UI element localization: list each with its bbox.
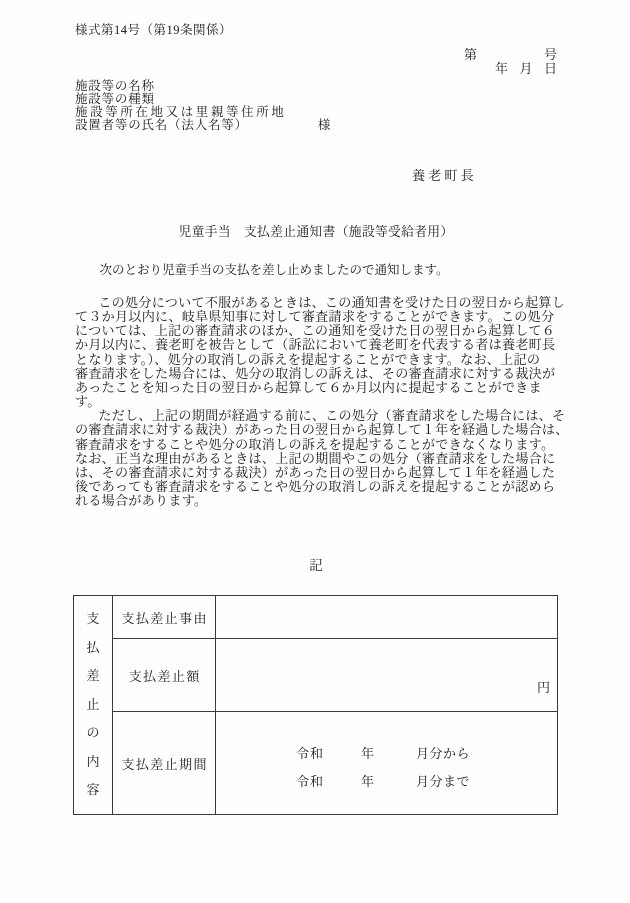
reason-value-cell xyxy=(216,596,557,639)
sender-mayor: 養老町長 xyxy=(412,165,477,184)
date-day-label: 日 xyxy=(544,58,557,77)
row-amount-label: 支払差止額 xyxy=(113,639,216,712)
amount-value-cell: 円 xyxy=(216,639,557,712)
date-month-label: 月 xyxy=(519,58,532,77)
document-page: 様式第14号（第19条関係） 第 号 年 月 日 施設等の名称 施設等の種類 施… xyxy=(0,0,630,903)
row-reason-label: 支払差止事由 xyxy=(113,596,216,639)
table-group-label: 支 払 差 止 の 内 容 xyxy=(74,596,113,814)
period-from-month-label: 月分から xyxy=(416,743,470,762)
honorific-sama: 様 xyxy=(318,119,331,132)
row-period-label: 支払差止期間 xyxy=(113,712,216,814)
group-label-char: 止 xyxy=(86,698,99,711)
date-year-label: 年 xyxy=(495,58,508,77)
legal-notice-paragraph-1: この処分について不服があるときは、この通知書を受けた日の翌日から起算し て３か月… xyxy=(75,296,575,409)
doc-date-line: 年 月 日 xyxy=(495,58,557,77)
legal-notice: この処分について不服があるときは、この通知書を受けた日の翌日から起算し て３か月… xyxy=(75,296,575,508)
period-from-year-label: 年 xyxy=(361,743,374,762)
intro-sentence: 次のとおり児童手当の支払を差し止めましたので通知します。 xyxy=(75,260,449,278)
suspension-table: 支 払 差 止 の 内 容 支払差止事由 支払差止額 円 支払差止期間 令和 年… xyxy=(73,595,558,815)
period-to-month-label: 月分まで xyxy=(416,771,470,790)
recipient-block: 施設等の名称 施設等の種類 施設等所在地又は里親等住所地 設置者等の氏名（法人名… xyxy=(75,80,330,132)
legal-notice-paragraph-2: ただし、上記の期間が経過する前に、この処分（審査請求をした場合には、そ の審査請… xyxy=(75,409,575,508)
period-value-cell: 令和 年 月分から 令和 年 月分まで xyxy=(216,712,557,814)
form-number: 様式第14号（第19条関係） xyxy=(75,20,232,38)
period-from-era-label: 令和 xyxy=(296,743,324,762)
recipient-installer-name: 設置者等の氏名（法人名等）様 xyxy=(75,119,330,132)
period-to-year-label: 年 xyxy=(361,771,374,790)
doc-number-prefix: 第 xyxy=(464,44,477,63)
group-label-char: 内 xyxy=(86,755,99,768)
period-to-era-label: 令和 xyxy=(296,771,324,790)
period-to-line: 令和 年 月分まで xyxy=(216,771,557,785)
group-label-char: 払 xyxy=(86,641,99,654)
memo-heading: 記 xyxy=(75,554,557,574)
group-label-char: の xyxy=(86,726,99,739)
document-title: 児童手当 支払差止通知書（施設等受給者用） xyxy=(75,221,557,240)
group-label-char: 支 xyxy=(86,612,99,625)
group-label-char: 差 xyxy=(86,669,99,682)
period-from-line: 令和 年 月分から xyxy=(216,743,557,757)
group-label-char: 容 xyxy=(86,783,99,796)
yen-unit-label: 円 xyxy=(537,677,550,696)
